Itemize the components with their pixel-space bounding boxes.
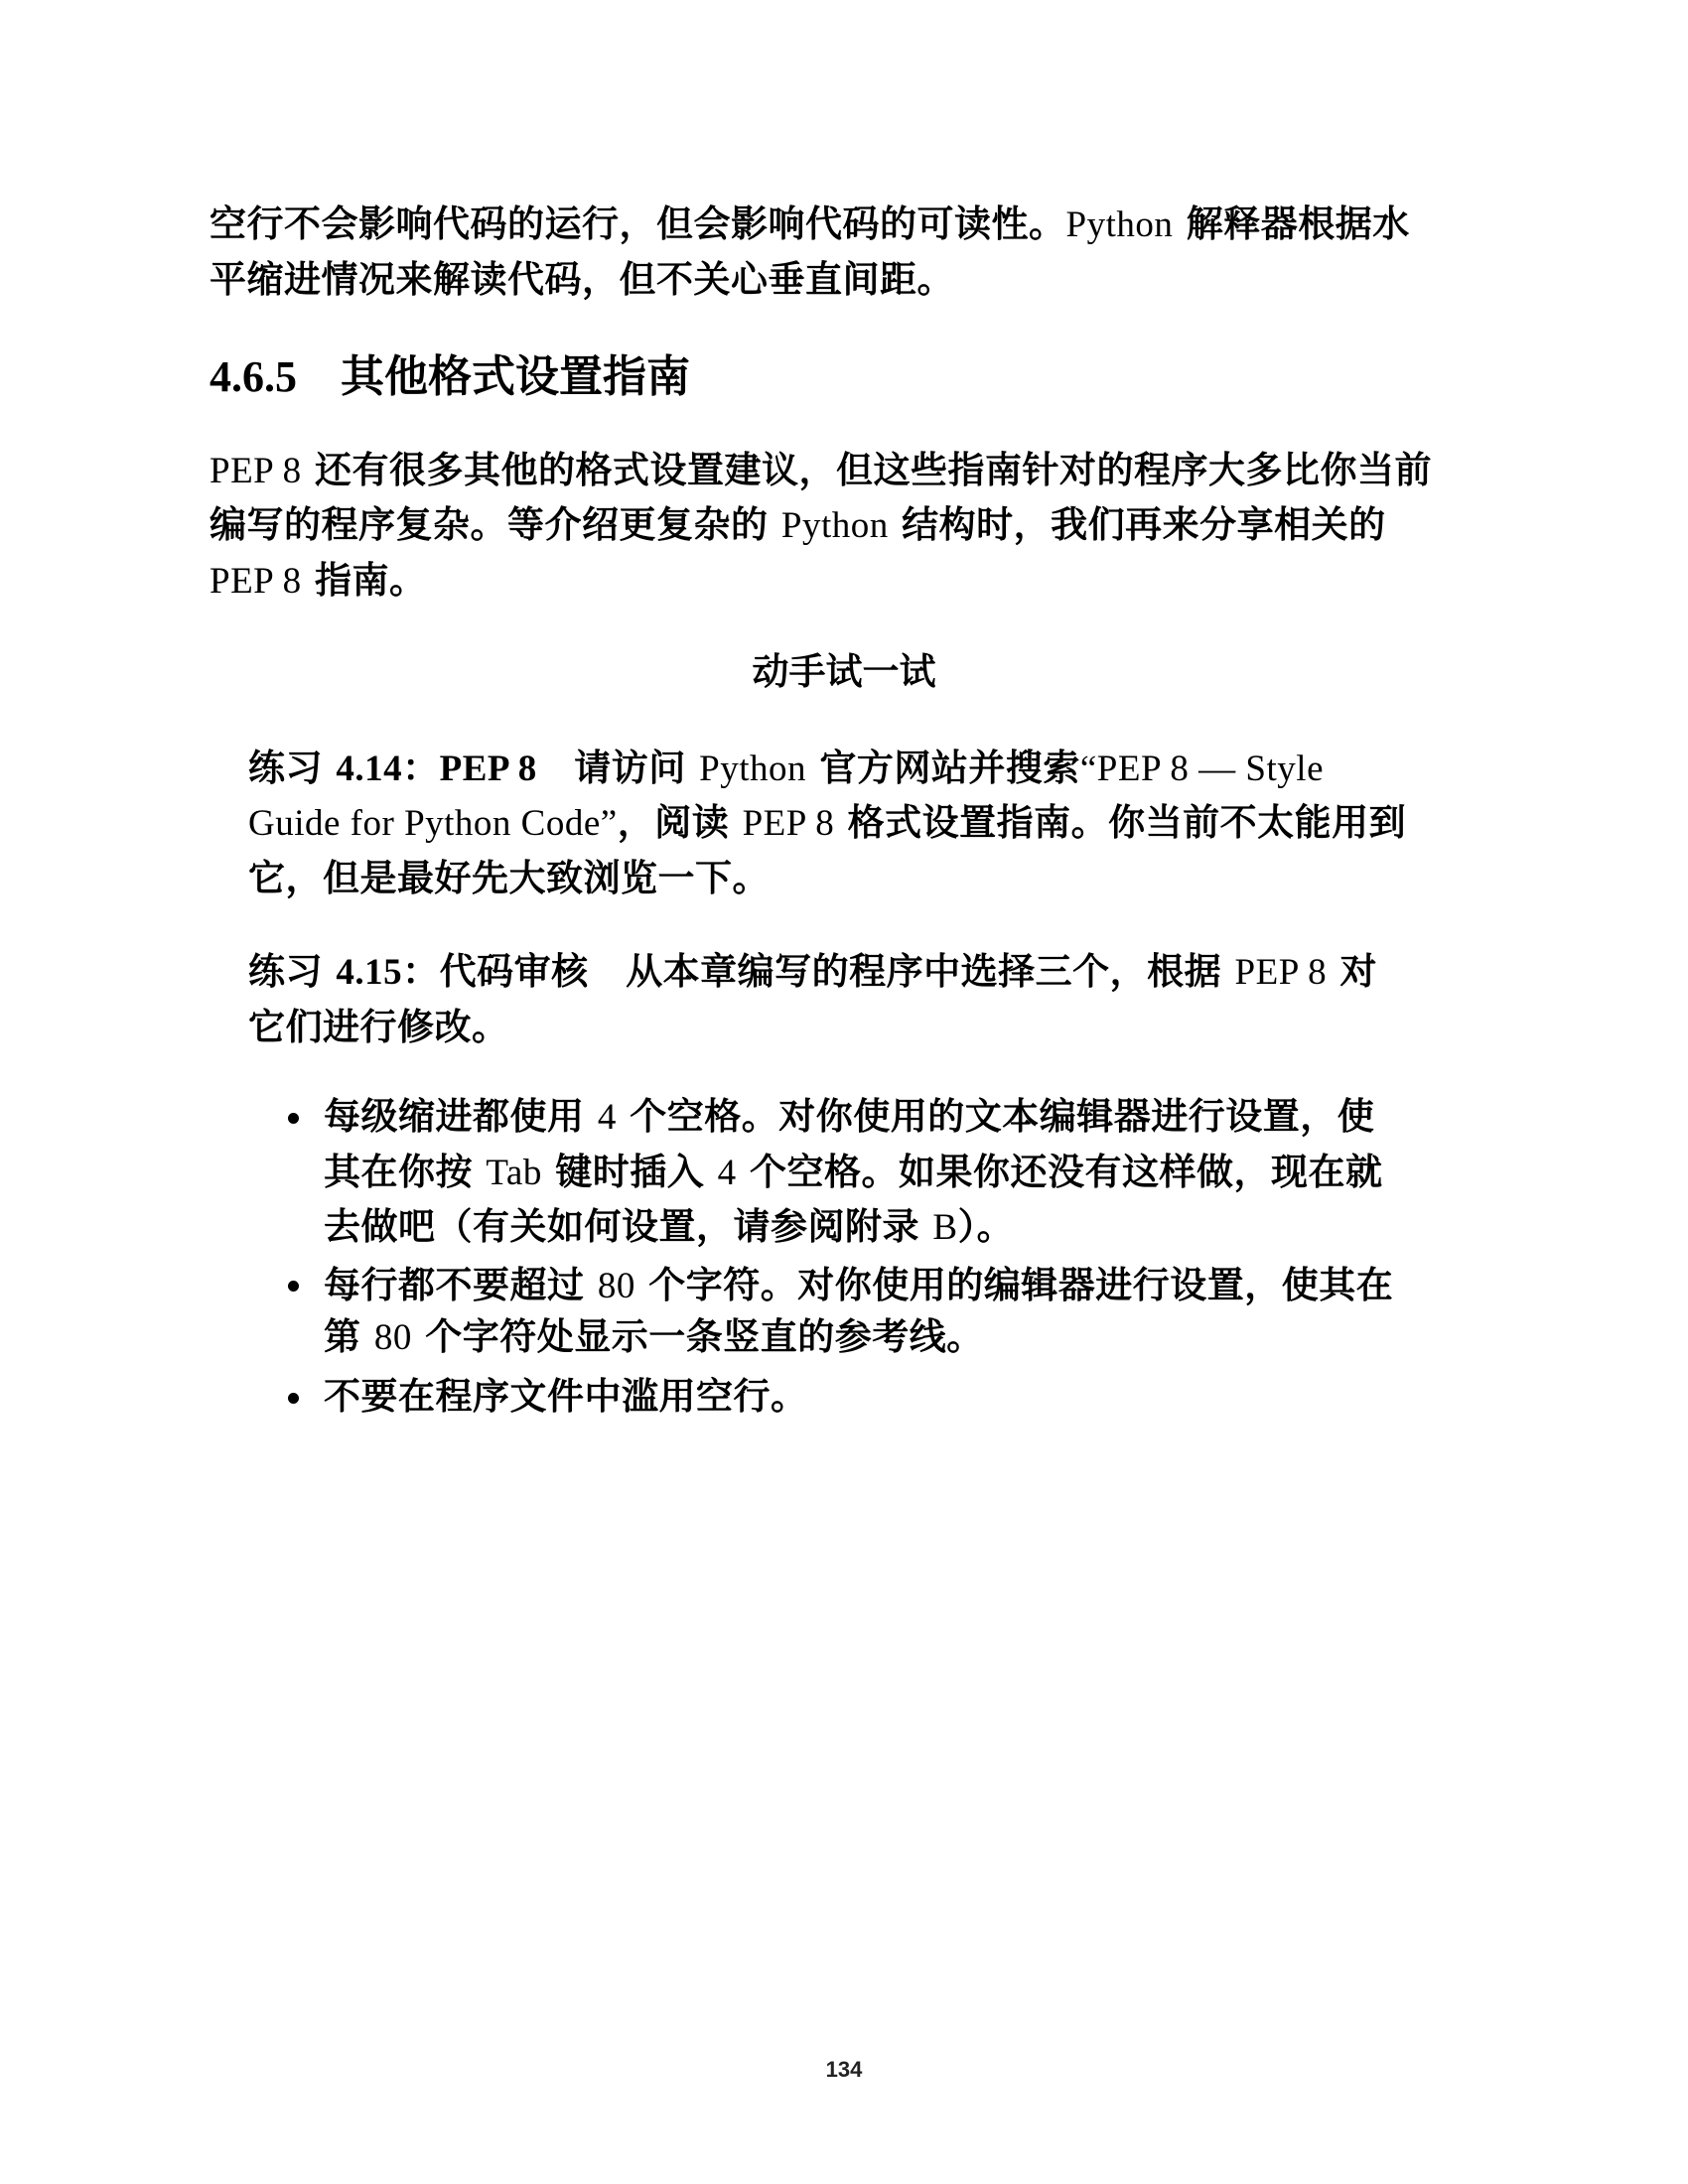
text-run: 解释器根据水 — [1173, 203, 1409, 245]
exercise-number: 4.15 — [336, 952, 402, 993]
bullet-item-line: 不要在程序文件中滥用空行。 — [324, 1372, 808, 1423]
exercise-name: PEP 8 — [440, 749, 537, 789]
exercise-4-15-line: 练习 4.15：代码审核 从本章编写的程序中选择三个，根据 PEP 8 对 — [248, 947, 1377, 998]
text-run: 平缩进情况来解读代码，但不关心垂直间距。 — [210, 258, 954, 301]
exercise-name: 代码审核 — [440, 950, 589, 993]
exercise-label: 练习 — [248, 747, 336, 789]
text-run: 个字符。对你使用的编辑器进行设置，使其在 — [635, 1264, 1393, 1306]
text-run: PEP 8 — [210, 561, 302, 602]
bullet-item-line: 每行都不要超过 80 个字符。对你使用的编辑器进行设置，使其在 — [324, 1261, 1393, 1311]
text-run: 80 — [374, 1317, 412, 1358]
exercise-separator: ： — [402, 747, 440, 789]
bullet-item-line: 第 80 个字符处显示一条竖直的参考线。 — [324, 1312, 984, 1363]
text-run: 从本章编写的程序中选择三个，根据 — [589, 950, 1235, 993]
section-heading: 4.6.5其他格式设置指南 — [210, 349, 690, 405]
text-run: 格式设置指南。你当前不太能用到 — [834, 801, 1406, 844]
text-run: 空行不会影响代码的运行，但会影响代码的可读性。 — [210, 203, 1066, 245]
text-run: Python — [1066, 205, 1174, 245]
text-run: 还有很多其他的格式设置建议，但这些指南针对的程序大多比你当前 — [302, 449, 1432, 491]
text-run: 80 — [598, 1266, 635, 1306]
text-run: 它们进行修改。 — [248, 1006, 509, 1048]
exercise-4-14-line: 它，但是最好先大致浏览一下。 — [248, 854, 770, 904]
paragraph-line: 平缩进情况来解读代码，但不关心垂直间距。 — [210, 255, 954, 306]
text-run: ）。 — [958, 1205, 1015, 1248]
text-run: Tab — [486, 1153, 541, 1193]
text-run: 不要在程序文件中滥用空行。 — [324, 1375, 808, 1418]
text-run: Guide for Python Code” — [248, 803, 618, 844]
text-run: B — [932, 1207, 957, 1248]
text-run: 每行都不要超过 — [324, 1264, 598, 1306]
text-run: 去做吧（有关如何设置，请参阅附录 — [324, 1205, 932, 1248]
text-run: “PEP 8 — Style — [1080, 749, 1324, 789]
text-run: 4 — [598, 1097, 617, 1138]
document-page: 空行不会影响代码的运行，但会影响代码的可读性。Python 解释器根据水 平缩进… — [0, 0, 1688, 2184]
text-run: 对 — [1327, 950, 1377, 993]
text-run: Python — [781, 505, 889, 546]
text-run: 个字符处显示一条竖直的参考线。 — [412, 1315, 984, 1358]
text-run: 编写的程序复杂。等介绍更复杂的 — [210, 503, 781, 546]
text-run: 它，但是最好先大致浏览一下。 — [248, 857, 770, 899]
exercise-4-14-line: 练习 4.14：PEP 8 请访问 Python 官方网站并搜索“PEP 8 —… — [248, 744, 1324, 794]
paragraph-line: 空行不会影响代码的运行，但会影响代码的可读性。Python 解释器根据水 — [210, 200, 1410, 250]
exercise-4-14-line: Guide for Python Code”，阅读 PEP 8 格式设置指南。你… — [248, 798, 1406, 849]
paragraph-line: PEP 8 指南。 — [210, 556, 427, 607]
exercise-label: 练习 — [248, 950, 336, 993]
paragraph-line: 编写的程序复杂。等介绍更复杂的 Python 结构时，我们再来分享相关的 — [210, 500, 1386, 551]
text-run: 其在你按 — [324, 1151, 486, 1193]
section-title: 其他格式设置指南 — [341, 351, 690, 402]
bullet-icon — [288, 1113, 299, 1124]
text-run: 官方网站并搜索 — [806, 747, 1080, 789]
text-run: ，阅读 — [618, 801, 743, 844]
text-run: 个空格。对你使用的文本编辑器进行设置，使 — [617, 1095, 1374, 1138]
try-it-title: 动手试一试 — [0, 647, 1688, 697]
page-number: 134 — [0, 2057, 1688, 2083]
bullet-item-line: 每级缩进都使用 4 个空格。对你使用的文本编辑器进行设置，使 — [324, 1092, 1374, 1143]
text-run: 第 — [324, 1315, 374, 1358]
text-run: 键时插入 — [542, 1151, 718, 1193]
text-run: 每级缩进都使用 — [324, 1095, 598, 1138]
bullet-item-line: 去做吧（有关如何设置，请参阅附录 B）。 — [324, 1202, 1014, 1253]
bullet-item-line: 其在你按 Tab 键时插入 4 个空格。如果你还没有这样做，现在就 — [324, 1148, 1383, 1198]
bullet-icon — [288, 1393, 299, 1404]
section-number: 4.6.5 — [210, 352, 297, 401]
text-run: 请访问 — [537, 747, 699, 789]
text-run: 4 — [718, 1153, 737, 1193]
exercise-number: 4.14 — [336, 749, 402, 789]
text-run: 结构时，我们再来分享相关的 — [889, 503, 1386, 546]
bullet-icon — [288, 1281, 299, 1292]
text-run: PEP 8 — [210, 451, 302, 491]
exercise-separator: ： — [402, 950, 440, 993]
text-run: PEP 8 — [1235, 952, 1328, 993]
text-run: 个空格。如果你还没有这样做，现在就 — [737, 1151, 1383, 1193]
text-run: Python — [699, 749, 806, 789]
text-run: 指南。 — [302, 559, 427, 602]
text-run: PEP 8 — [743, 803, 835, 844]
exercise-4-15-line: 它们进行修改。 — [248, 1003, 509, 1053]
paragraph-line: PEP 8 还有很多其他的格式设置建议，但这些指南针对的程序大多比你当前 — [210, 446, 1432, 496]
